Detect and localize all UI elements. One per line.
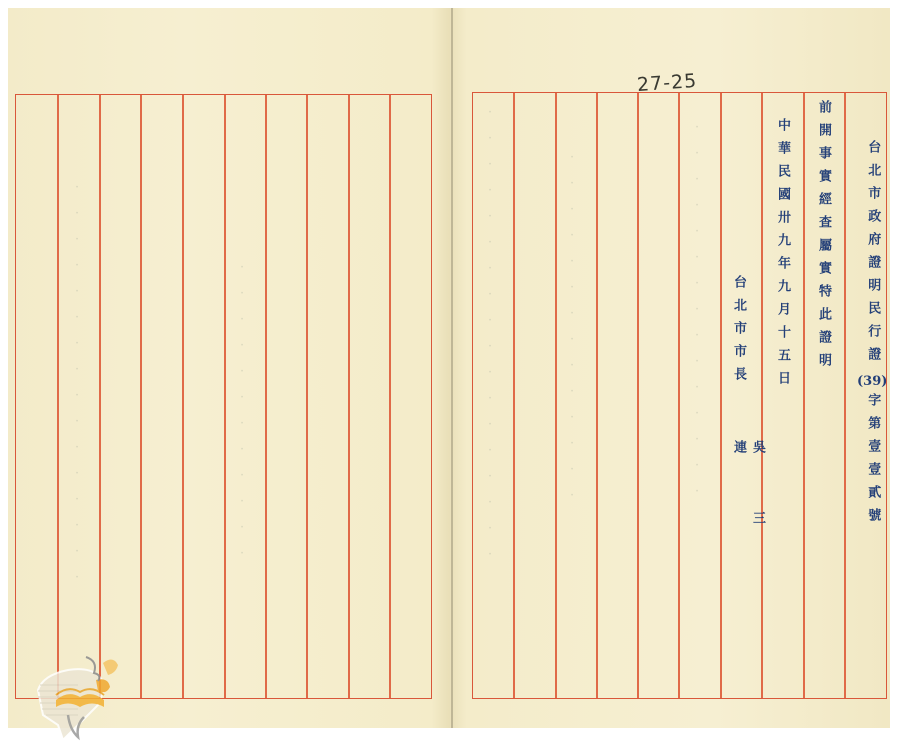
certificate-date: 中華民國卅九年九月十五日	[773, 118, 792, 398]
bleed-through-text: ‧‧‧‧‧‧‧‧‧‧‧‧‧‧‧	[690, 120, 704, 570]
bleed-through-text: ‧‧‧‧‧‧‧‧‧‧‧‧	[235, 260, 249, 620]
signatory-name: 吳三連	[729, 440, 767, 620]
archive-watermark-logo-icon	[18, 645, 128, 745]
certificate-header: 台北市政府證明民行證(39)字第壹壹貳號	[857, 140, 887, 540]
bleed-through-text: ‧‧‧‧‧‧‧‧‧‧‧‧‧‧‧‧‧‧	[483, 105, 497, 665]
page-fold	[451, 8, 453, 728]
signatory-title: 台北市市長	[729, 275, 748, 395]
bleed-through-text: ‧‧‧‧‧‧‧‧‧‧‧‧‧‧	[565, 150, 579, 570]
bleed-through-text: ‧‧‧‧‧‧‧‧‧‧‧‧‧‧‧‧	[70, 180, 84, 660]
certificate-body: 前開事實經查屬實特此證明	[814, 100, 833, 400]
